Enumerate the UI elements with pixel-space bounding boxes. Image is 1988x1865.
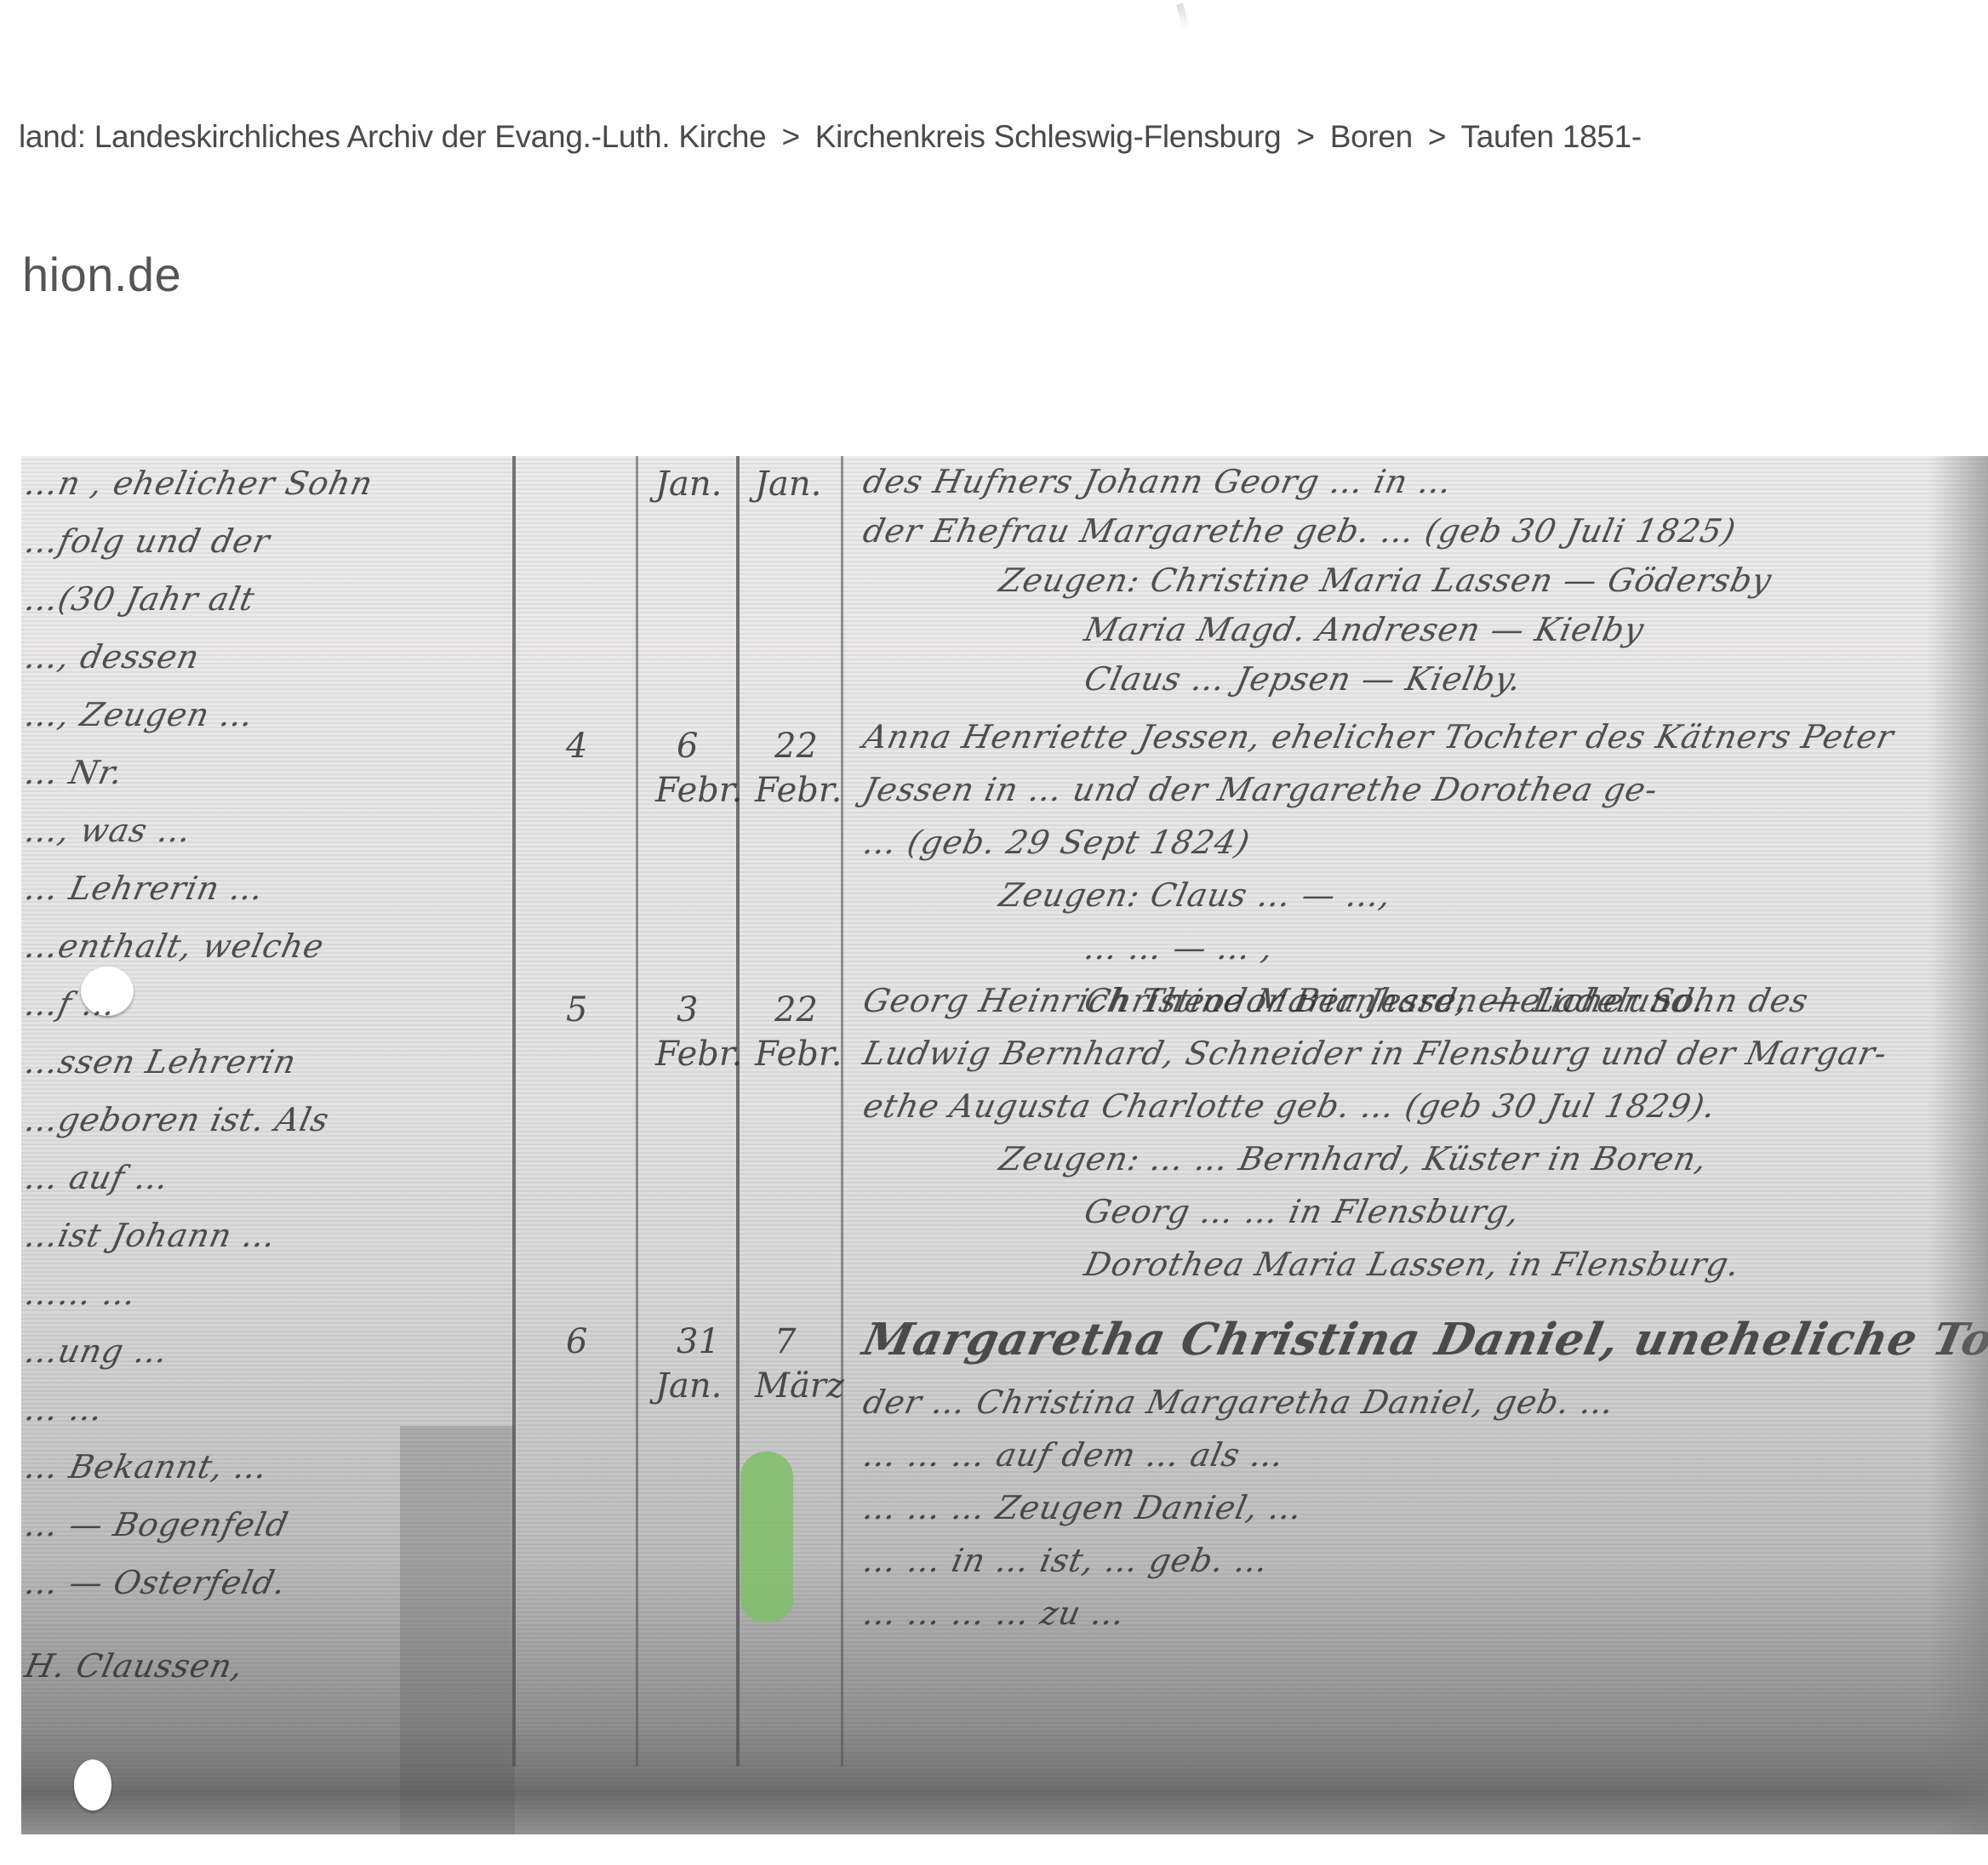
birth-month: Febr. xyxy=(655,1035,742,1074)
left-column-line: … … xyxy=(21,1390,106,1428)
breadcrumb: land: Landeskirchliches Archiv der Evang… xyxy=(19,119,1642,155)
entry-line: Maria Magd. Andresen — Kielby xyxy=(1081,611,1648,648)
left-column-line: …(30 Jahr alt xyxy=(21,580,258,618)
punch-hole xyxy=(74,1759,111,1811)
entry-line: … (geb. 29 Sept 1824) xyxy=(860,824,1254,861)
entry-line: Zeugen: … … Bernhard, Küster in Boren, xyxy=(996,1140,1711,1178)
left-column-line: …n , ehelicher Sohn xyxy=(21,465,376,502)
birth-day: 31 xyxy=(677,1322,720,1361)
left-column-line: …, was … xyxy=(21,812,195,849)
breadcrumb-item[interactable]: Kirchenkreis Schleswig-Flensburg xyxy=(815,119,1282,154)
entry-line: Claus … Jepsen — Kielby. xyxy=(1081,660,1525,698)
breadcrumb-separator: > xyxy=(781,119,799,154)
entry-line: … … … … zu … xyxy=(860,1594,1128,1632)
entry-line: … … … auf dem … als … xyxy=(860,1436,1288,1474)
column-rule xyxy=(512,456,516,1766)
birth-month: Jan. xyxy=(655,465,722,504)
left-column-line: … — Bogenfeld xyxy=(21,1506,292,1543)
scan-smudge xyxy=(1176,3,1189,29)
entry-line: ethe Augusta Charlotte geb. … (geb 30 Ju… xyxy=(860,1087,1719,1125)
breadcrumb-item[interactable]: land: Landeskirchliches Archiv der Evang… xyxy=(19,119,766,154)
birth-day: 6 xyxy=(677,727,698,766)
entry-line: Georg … … in Flensburg, xyxy=(1081,1193,1523,1230)
entry-line: Zeugen: Claus … — …, xyxy=(996,876,1395,914)
breadcrumb-separator: > xyxy=(1296,119,1314,154)
entry-line: des Hufners Johann Georg … in … xyxy=(860,463,1455,500)
baptism-month: Febr. xyxy=(755,1035,842,1074)
birth-day: 3 xyxy=(677,990,698,1029)
column-rule xyxy=(636,456,638,1766)
entry-line: der … Christina Margaretha Daniel, geb. … xyxy=(860,1383,1618,1421)
birth-month: Jan. xyxy=(655,1366,722,1406)
entry-number: 6 xyxy=(566,1322,587,1361)
left-column-line: …f … xyxy=(21,985,120,1023)
left-column-line: …folg und der xyxy=(21,522,273,560)
breadcrumb-item[interactable]: Taufen 1851- xyxy=(1461,119,1642,154)
entry-line: … … in … ist, … geb. … xyxy=(860,1542,1272,1579)
left-column-line: H. Claussen, xyxy=(21,1647,247,1685)
left-column-line: …enthalt, welche xyxy=(21,927,328,965)
entry-line: Zeugen: Christine Maria Lassen — Gödersb… xyxy=(996,562,1775,599)
column-rule xyxy=(736,456,740,1766)
left-column-line: …ssen Lehrerin xyxy=(21,1043,300,1081)
birth-month: Febr. xyxy=(655,771,742,810)
entry-number: 4 xyxy=(566,727,587,766)
entry-line: … … … Zeugen Daniel, … xyxy=(860,1489,1306,1526)
left-column-line: …, dessen xyxy=(21,638,203,676)
baptism-month: März xyxy=(755,1366,844,1406)
breadcrumb-item[interactable]: Boren xyxy=(1330,119,1413,154)
entry-line: Georg Heinrich Theodor Bernhard, ehelich… xyxy=(860,982,1812,1019)
column-rule xyxy=(841,456,843,1766)
entry-line: Anna Henriette Jessen, ehelicher Tochter… xyxy=(860,718,1897,756)
left-column-line: … auf … xyxy=(21,1159,173,1196)
entry-line: der Ehefrau Margarethe geb. … (geb 30 Ju… xyxy=(860,512,1739,550)
left-column-line: …geboren ist. Als xyxy=(21,1101,333,1138)
left-column-line: …, Zeugen … xyxy=(21,696,257,733)
entry-line: … … — … , xyxy=(1081,929,1277,967)
baptism-month: Jan. xyxy=(755,465,821,504)
left-column-line: …ung … xyxy=(21,1332,172,1370)
left-column-line: …ist Johann … xyxy=(21,1217,280,1254)
left-column-line: …… … xyxy=(21,1275,140,1312)
left-column-line: … Lehrerin … xyxy=(21,870,267,907)
left-column-line: … Nr. xyxy=(21,754,127,791)
breadcrumb-separator: > xyxy=(1428,119,1446,154)
entry-line: Ludwig Bernhard, Schneider in Flensburg … xyxy=(860,1035,1890,1072)
scan-bottom-shadow xyxy=(21,1732,1988,1834)
entry-number: 5 xyxy=(566,990,587,1029)
entry-line: Jessen in … und der Margarethe Dorothea … xyxy=(860,771,1661,808)
site-title: hion.de xyxy=(22,247,181,302)
entry-line: Margaretha Christina Daniel, uneheliche … xyxy=(859,1314,1988,1366)
green-highlight-mark xyxy=(740,1452,793,1622)
baptism-day: 22 xyxy=(774,990,818,1029)
scanned-register-page: …n , ehelicher Sohn…folg und der…(30 Jah… xyxy=(21,456,1988,1834)
left-column-line: … — Osterfeld. xyxy=(21,1564,289,1601)
left-column-line: … Bekannt, … xyxy=(21,1448,271,1486)
entry-line: Dorothea Maria Lassen, in Flensburg. xyxy=(1081,1246,1743,1283)
baptism-day: 7 xyxy=(774,1322,796,1361)
baptism-month: Febr. xyxy=(755,771,842,810)
baptism-day: 22 xyxy=(774,727,818,766)
